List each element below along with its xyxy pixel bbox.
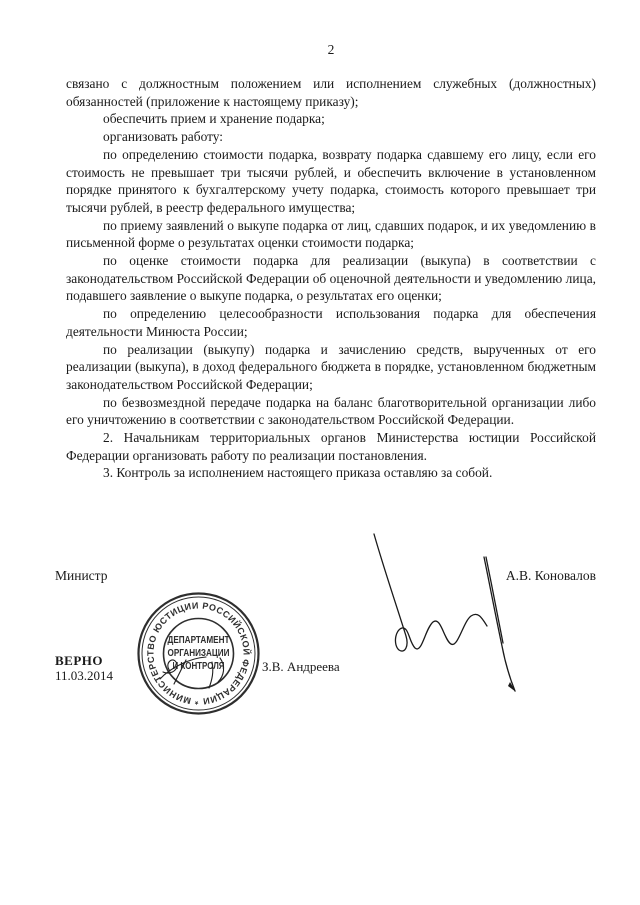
paragraph: по определению стоимости подарка, возвра… bbox=[66, 146, 596, 217]
paragraph: по оценке стоимости подарка для реализац… bbox=[66, 252, 596, 305]
signature-stroke bbox=[160, 657, 206, 679]
certification-date: 11.03.2014 bbox=[55, 668, 113, 683]
paragraph: обеспечить прием и хранение подарка; bbox=[66, 110, 596, 128]
minister-signature bbox=[365, 524, 525, 704]
paragraph: связано с должностным положением или исп… bbox=[66, 75, 596, 110]
paragraph: по приему заявлений о выкупе подарка от … bbox=[66, 217, 596, 252]
paragraph: по определению целесообразности использо… bbox=[66, 305, 596, 340]
document-body: связано с должностным положением или исп… bbox=[66, 75, 596, 482]
minister-title: Министр bbox=[55, 568, 107, 584]
signature-stroke bbox=[174, 660, 186, 684]
paragraph: организовать работу: bbox=[66, 128, 596, 146]
page-number: 2 bbox=[66, 42, 596, 58]
paragraph: по безвозмездной передаче подарка на бал… bbox=[66, 394, 596, 429]
paragraph: 2. Начальникам территориальных органов М… bbox=[66, 429, 596, 464]
paragraph: по реализации (выкупу) подарка и зачисле… bbox=[66, 341, 596, 394]
signature-stroke bbox=[218, 658, 224, 682]
document-page: 2 связано с должностным положением или и… bbox=[0, 0, 640, 905]
signature-stroke bbox=[374, 534, 487, 651]
certifier-signature bbox=[136, 591, 261, 716]
signature-stroke bbox=[486, 557, 503, 643]
certification-block: ВЕРНО 11.03.2014 bbox=[55, 653, 113, 683]
signature-stroke bbox=[163, 660, 177, 673]
paragraph: 3. Контроль за исполнением настоящего пр… bbox=[66, 464, 596, 482]
certifier-name: З.В. Андреева bbox=[262, 659, 340, 675]
verno-label: ВЕРНО bbox=[55, 653, 113, 668]
signature-stroke bbox=[209, 662, 213, 688]
